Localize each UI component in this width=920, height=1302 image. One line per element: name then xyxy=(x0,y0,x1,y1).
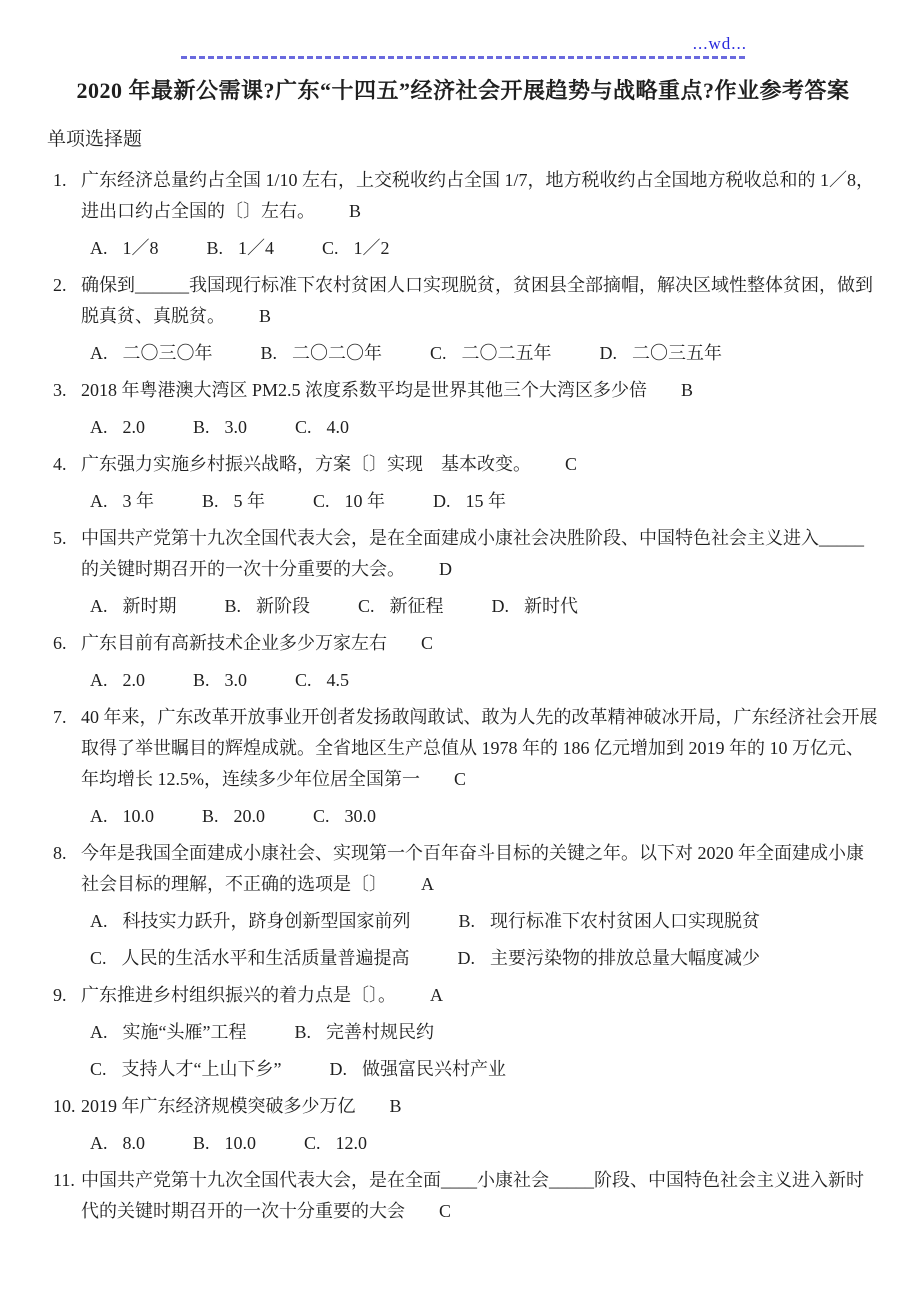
option-label: C. xyxy=(295,417,312,437)
question-text-row: 11.中国共产党第十九次全国代表大会，是在全面____小康社会_____阶段、中… xyxy=(53,1165,880,1227)
option: C.支持人才“上山下乡” xyxy=(90,1054,282,1085)
option: B.新阶段 xyxy=(225,591,311,622)
option-label: A. xyxy=(90,417,108,437)
option-row: A.10.0B.20.0C.30.0 xyxy=(53,801,880,832)
option: B.5 年 xyxy=(202,486,265,517)
question-text: 2018 年粤港澳大湾区 PM2.5 浓度系数平均是世界其他三个大湾区多少倍B xyxy=(81,375,880,406)
document-page: ...wd... 2020 年最新公需课?广东“十四五”经济社会开展趋势与战略重… xyxy=(0,0,920,1302)
answer-letter: C xyxy=(454,769,466,789)
option: A.二〇三〇年 xyxy=(90,338,213,369)
option: B.现行标准下农村贫困人口实现脱贫 xyxy=(459,906,761,937)
option: C.4.5 xyxy=(295,665,349,696)
option-text: 2.0 xyxy=(123,670,146,690)
option-label: A. xyxy=(90,911,108,931)
question-text: 中国共产党第十九次全国代表大会，是在全面____小康社会_____阶段、中国特色… xyxy=(81,1165,880,1227)
option: D.新时代 xyxy=(492,591,579,622)
option-label: B. xyxy=(261,343,278,363)
option-label: C. xyxy=(90,948,107,968)
option-label: B. xyxy=(193,1133,210,1153)
question-text: 确保到______我国现行标准下农村贫困人口实现脱贫，贫困县全部摘帽，解决区域性… xyxy=(81,270,880,332)
question-item: 1.广东经济总量约占全国 1/10 左右，上交税收约占全国 1/7，地方税收约占… xyxy=(53,165,880,264)
option-label: C. xyxy=(358,596,375,616)
option: A.1／8 xyxy=(90,233,159,264)
option-text: 20.0 xyxy=(234,806,266,826)
option-text: 3.0 xyxy=(225,670,248,690)
option-text: 1／4 xyxy=(238,238,274,258)
option-text: 现行标准下农村贫困人口实现脱贫 xyxy=(490,911,760,931)
question-text: 广东目前有高新技术企业多少万家左右C xyxy=(81,628,880,659)
question-text: 40 年来，广东改革开放事业开创者发扬敢闯敢试、敢为人先的改革精神破冰开局，广东… xyxy=(81,702,880,795)
answer-letter: A xyxy=(430,985,443,1005)
watermark-link[interactable]: ...wd... xyxy=(693,34,747,54)
option: A.3 年 xyxy=(90,486,154,517)
option: C.1／2 xyxy=(322,233,390,264)
option-row: A.科技实力跃升，跻身创新型国家前列B.现行标准下农村贫困人口实现脱贫 xyxy=(53,906,880,937)
option-row: A.实施“头雁”工程B.完善村规民约 xyxy=(53,1017,880,1048)
option-label: D. xyxy=(492,596,510,616)
question-number: 5. xyxy=(53,523,81,585)
question-number: 2. xyxy=(53,270,81,332)
option: B.10.0 xyxy=(193,1128,256,1159)
option-text: 2.0 xyxy=(123,417,146,437)
option-label: B. xyxy=(459,911,476,931)
option-text: 3 年 xyxy=(123,491,155,511)
question-text-row: 6.广东目前有高新技术企业多少万家左右C xyxy=(53,628,880,659)
answer-letter: D xyxy=(439,559,452,579)
option-label: A. xyxy=(90,596,108,616)
option-text: 10.0 xyxy=(123,806,155,826)
option: D.做强富民兴村产业 xyxy=(330,1054,507,1085)
option-text: 4.5 xyxy=(327,670,350,690)
option-label: D. xyxy=(458,948,476,968)
option-label: C. xyxy=(90,1059,107,1079)
option-row: A.1／8B.1／4C.1／2 xyxy=(53,233,880,264)
option-row: C.人民的生活水平和生活质量普遍提高D.主要污染物的排放总量大幅度减少 xyxy=(53,943,880,974)
option-row: C.支持人才“上山下乡”D.做强富民兴村产业 xyxy=(53,1054,880,1085)
question-item: 7.40 年来，广东改革开放事业开创者发扬敢闯敢试、敢为人先的改革精神破冰开局，… xyxy=(53,702,880,832)
option: A.新时期 xyxy=(90,591,177,622)
option: C.10 年 xyxy=(313,486,385,517)
question-text-row: 5.中国共产党第十九次全国代表大会，是在全面建成小康社会决胜阶段、中国特色社会主… xyxy=(53,523,880,585)
answer-letter: B xyxy=(349,201,361,221)
option: C.12.0 xyxy=(304,1128,367,1159)
option-label: D. xyxy=(330,1059,348,1079)
option-text: 人民的生活水平和生活质量普遍提高 xyxy=(122,948,410,968)
option-row: A.新时期B.新阶段C.新征程D.新时代 xyxy=(53,591,880,622)
option-text: 二〇二〇年 xyxy=(292,343,382,363)
option-label: B. xyxy=(225,596,242,616)
option: B.3.0 xyxy=(193,412,247,443)
option-text: 新时期 xyxy=(123,596,177,616)
option-label: C. xyxy=(304,1133,321,1153)
question-text-row: 7.40 年来，广东改革开放事业开创者发扬敢闯敢试、敢为人先的改革精神破冰开局，… xyxy=(53,702,880,795)
option-text: 4.0 xyxy=(327,417,350,437)
option-row: A.2.0B.3.0C.4.5 xyxy=(53,665,880,696)
option: B.完善村规民约 xyxy=(294,1017,434,1048)
option-text: 1／8 xyxy=(123,238,159,258)
option: C.30.0 xyxy=(313,801,376,832)
option: B.20.0 xyxy=(202,801,265,832)
option-label: A. xyxy=(90,806,108,826)
option-row: A.2.0B.3.0C.4.0 xyxy=(53,412,880,443)
option-text: 新征程 xyxy=(390,596,444,616)
answer-letter: C xyxy=(565,454,577,474)
option-label: A. xyxy=(90,1133,108,1153)
question-text-row: 1.广东经济总量约占全国 1/10 左右，上交税收约占全国 1/7，地方税收约占… xyxy=(53,165,880,227)
option-label: B. xyxy=(202,491,219,511)
question-text: 今年是我国全面建成小康社会、实现第一个百年奋斗目标的关键之年。以下对 2020 … xyxy=(81,838,880,900)
option-row: A.8.0B.10.0C.12.0 xyxy=(53,1128,880,1159)
option-label: B. xyxy=(202,806,219,826)
option-text: 3.0 xyxy=(225,417,248,437)
option-text: 实施“头雁”工程 xyxy=(123,1022,247,1042)
question-item: 4.广东强力实施乡村振兴战略，方案〔〕实现 基本改变。CA.3 年B.5 年C.… xyxy=(53,449,880,517)
question-item: 6.广东目前有高新技术企业多少万家左右CA.2.0B.3.0C.4.5 xyxy=(53,628,880,696)
question-text-row: 3.2018 年粤港澳大湾区 PM2.5 浓度系数平均是世界其他三个大湾区多少倍… xyxy=(53,375,880,406)
option-text: 主要污染物的排放总量大幅度减少 xyxy=(490,948,760,968)
question-number: 10. xyxy=(53,1091,81,1122)
question-number: 8. xyxy=(53,838,81,900)
option: A.科技实力跃升，跻身创新型国家前列 xyxy=(90,906,411,937)
option-text: 二〇二五年 xyxy=(462,343,552,363)
option-label: A. xyxy=(90,1022,108,1042)
option-text: 1／2 xyxy=(354,238,390,258)
option: A.2.0 xyxy=(90,665,145,696)
option-label: C. xyxy=(430,343,447,363)
option-text: 做强富民兴村产业 xyxy=(362,1059,506,1079)
answer-letter: B xyxy=(390,1096,402,1116)
question-number: 7. xyxy=(53,702,81,795)
option: D.主要污染物的排放总量大幅度减少 xyxy=(458,943,761,974)
question-text: 广东强力实施乡村振兴战略，方案〔〕实现 基本改变。C xyxy=(81,449,880,480)
option-text: 30.0 xyxy=(345,806,377,826)
option-text: 新阶段 xyxy=(256,596,310,616)
question-number: 3. xyxy=(53,375,81,406)
option-row: A.二〇三〇年B.二〇二〇年C.二〇二五年D.二〇三五年 xyxy=(53,338,880,369)
option-label: B. xyxy=(294,1022,311,1042)
option-text: 新时代 xyxy=(524,596,578,616)
question-text-row: 2.确保到______我国现行标准下农村贫困人口实现脱贫，贫困县全部摘帽，解决区… xyxy=(53,270,880,332)
option-text: 二〇三五年 xyxy=(632,343,722,363)
question-list: 1.广东经济总量约占全国 1/10 左右，上交税收约占全国 1/7，地方税收约占… xyxy=(53,165,880,1227)
option-label: C. xyxy=(313,491,330,511)
option-label: A. xyxy=(90,491,108,511)
option: C.新征程 xyxy=(358,591,444,622)
option-label: B. xyxy=(193,670,210,690)
question-text: 中国共产党第十九次全国代表大会，是在全面建成小康社会决胜阶段、中国特色社会主义进… xyxy=(81,523,880,585)
option: C.4.0 xyxy=(295,412,349,443)
option-text: 12.0 xyxy=(336,1133,368,1153)
question-number: 11. xyxy=(53,1165,81,1227)
answer-letter: A xyxy=(421,874,434,894)
page-title: 2020 年最新公需课?广东“十四五”经济社会开展趋势与战略重点?作业参考答案 xyxy=(46,76,880,106)
question-item: 3.2018 年粤港澳大湾区 PM2.5 浓度系数平均是世界其他三个大湾区多少倍… xyxy=(53,375,880,443)
option-label: C. xyxy=(295,670,312,690)
option-text: 二〇三〇年 xyxy=(123,343,213,363)
option-label: D. xyxy=(600,343,618,363)
option: B.1／4 xyxy=(207,233,275,264)
question-text: 广东经济总量约占全国 1/10 左右，上交税收约占全国 1/7，地方税收约占全国… xyxy=(81,165,880,227)
header-strip: ...wd... xyxy=(0,0,920,64)
option-text: 10 年 xyxy=(345,491,386,511)
option: B.3.0 xyxy=(193,665,247,696)
option-row: A.3 年B.5 年C.10 年D.15 年 xyxy=(53,486,880,517)
question-number: 9. xyxy=(53,980,81,1011)
option: A.实施“头雁”工程 xyxy=(90,1017,246,1048)
option-text: 8.0 xyxy=(123,1133,146,1153)
option-text: 支持人才“上山下乡” xyxy=(122,1059,282,1079)
question-text: 2019 年广东经济规模突破多少万亿B xyxy=(81,1091,880,1122)
option-text: 5 年 xyxy=(234,491,266,511)
dashed-divider xyxy=(181,56,745,59)
question-text-row: 8.今年是我国全面建成小康社会、实现第一个百年奋斗目标的关键之年。以下对 202… xyxy=(53,838,880,900)
option: A.2.0 xyxy=(90,412,145,443)
option-text: 10.0 xyxy=(225,1133,257,1153)
question-text-row: 10.2019 年广东经济规模突破多少万亿B xyxy=(53,1091,880,1122)
question-number: 1. xyxy=(53,165,81,227)
option-label: C. xyxy=(313,806,330,826)
option-label: B. xyxy=(193,417,210,437)
question-item: 9.广东推进乡村组织振兴的着力点是〔〕。AA.实施“头雁”工程B.完善村规民约C… xyxy=(53,980,880,1085)
question-text-row: 9.广东推进乡村组织振兴的着力点是〔〕。A xyxy=(53,980,880,1011)
question-number: 6. xyxy=(53,628,81,659)
option-label: A. xyxy=(90,670,108,690)
option: C.人民的生活水平和生活质量普遍提高 xyxy=(90,943,410,974)
option-label: A. xyxy=(90,238,108,258)
question-item: 8.今年是我国全面建成小康社会、实现第一个百年奋斗目标的关键之年。以下对 202… xyxy=(53,838,880,974)
answer-letter: C xyxy=(439,1201,451,1221)
question-item: 11.中国共产党第十九次全国代表大会，是在全面____小康社会_____阶段、中… xyxy=(53,1165,880,1227)
question-number: 4. xyxy=(53,449,81,480)
option: A.8.0 xyxy=(90,1128,145,1159)
answer-letter: B xyxy=(681,380,693,400)
option: A.10.0 xyxy=(90,801,154,832)
option-text: 15 年 xyxy=(466,491,507,511)
answer-letter: C xyxy=(421,633,433,653)
option: D.15 年 xyxy=(433,486,506,517)
option-text: 完善村规民约 xyxy=(326,1022,434,1042)
section-heading: 单项选择题 xyxy=(47,127,920,153)
question-item: 2.确保到______我国现行标准下农村贫困人口实现脱贫，贫困县全部摘帽，解决区… xyxy=(53,270,880,369)
option-label: A. xyxy=(90,343,108,363)
option: C.二〇二五年 xyxy=(430,338,552,369)
option-label: D. xyxy=(433,491,451,511)
option: B.二〇二〇年 xyxy=(261,338,383,369)
answer-letter: B xyxy=(259,306,271,326)
question-text-row: 4.广东强力实施乡村振兴战略，方案〔〕实现 基本改变。C xyxy=(53,449,880,480)
option-text: 科技实力跃升，跻身创新型国家前列 xyxy=(123,911,411,931)
question-text: 广东推进乡村组织振兴的着力点是〔〕。A xyxy=(81,980,880,1011)
option-label: B. xyxy=(207,238,224,258)
option-label: C. xyxy=(322,238,339,258)
option: D.二〇三五年 xyxy=(600,338,723,369)
question-item: 5.中国共产党第十九次全国代表大会，是在全面建成小康社会决胜阶段、中国特色社会主… xyxy=(53,523,880,622)
question-item: 10.2019 年广东经济规模突破多少万亿BA.8.0B.10.0C.12.0 xyxy=(53,1091,880,1159)
